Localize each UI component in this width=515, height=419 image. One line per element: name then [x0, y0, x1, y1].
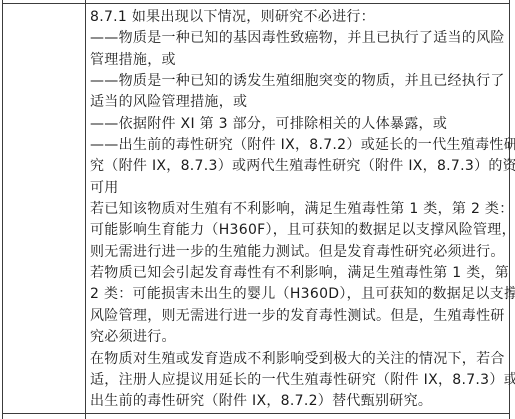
text-line: 在物质对生殖或发育造成不利影响受到极大的关注的情况下，若合	[90, 349, 507, 370]
text-line: 可能影响生育能力（H360F），且可获知的数据足以支撑风险管理，	[90, 220, 507, 241]
text-line: 适当的风险管理措施，或	[90, 92, 507, 113]
text-line: 出生前的毒性研究（附件 IX，8.7.2）替代甄别研究。	[90, 391, 507, 412]
text-line: 若物质已知会引起发育毒性有不利影响，满足生殖毒性第 1 类，第	[90, 263, 507, 284]
text-line: 2 类：可能损害未出生的婴儿（H360D），且可获知的数据足以支撑	[90, 284, 507, 305]
text-line: 风险管理，则无需进行进一步的发育毒性测试。但是，生殖毒性研	[90, 306, 507, 327]
document-page: 8.7.1 如果出现以下情况，则研究不必进行： ——物质是一种已知的基因毒性致癌…	[0, 0, 515, 419]
text-line: ——依据附件 XI 第 3 部分，可排除相关的人体暴露，或	[90, 114, 507, 135]
text-line: 适，注册人应提议用延长的一代生殖毒性研究（附件 IX，8.7.3）或	[90, 370, 507, 391]
text-line: 管理措施，或	[90, 50, 507, 71]
table-column-divider	[85, 0, 86, 419]
text-line: 究（附件 IX，8.7.3）或两代生殖毒性研究（附件 IX，8.7.3）的资料	[90, 156, 507, 177]
text-line: 则无需进行进一步的生殖能力测试。但是发育毒性研究必须进行。	[90, 242, 507, 263]
text-line: ——出生前的毒性研究（附件 IX，8.7.2）或延长的一代生殖毒性研	[90, 135, 507, 156]
text-line: ——物质是一种已知的基因毒性致癌物，并且已执行了适当的风险	[90, 28, 507, 49]
table-row-border-bottom	[2, 413, 510, 414]
text-line: 8.7.1 如果出现以下情况，则研究不必进行：	[90, 7, 507, 28]
text-line: ——物质是一种已知的诱发生殖细胞突变的物质，并且已经执行了	[90, 71, 507, 92]
text-line: 若已知该物质对生殖有不利影响，满足生殖毒性第 1 类，第 2 类：	[90, 199, 507, 220]
text-line: 究必须进行。	[90, 327, 507, 348]
text-line: 可用	[90, 178, 507, 199]
table-cell-empty	[3, 4, 85, 413]
table-cell-requirements-text: 8.7.1 如果出现以下情况，则研究不必进行： ——物质是一种已知的基因毒性致癌…	[90, 7, 507, 413]
